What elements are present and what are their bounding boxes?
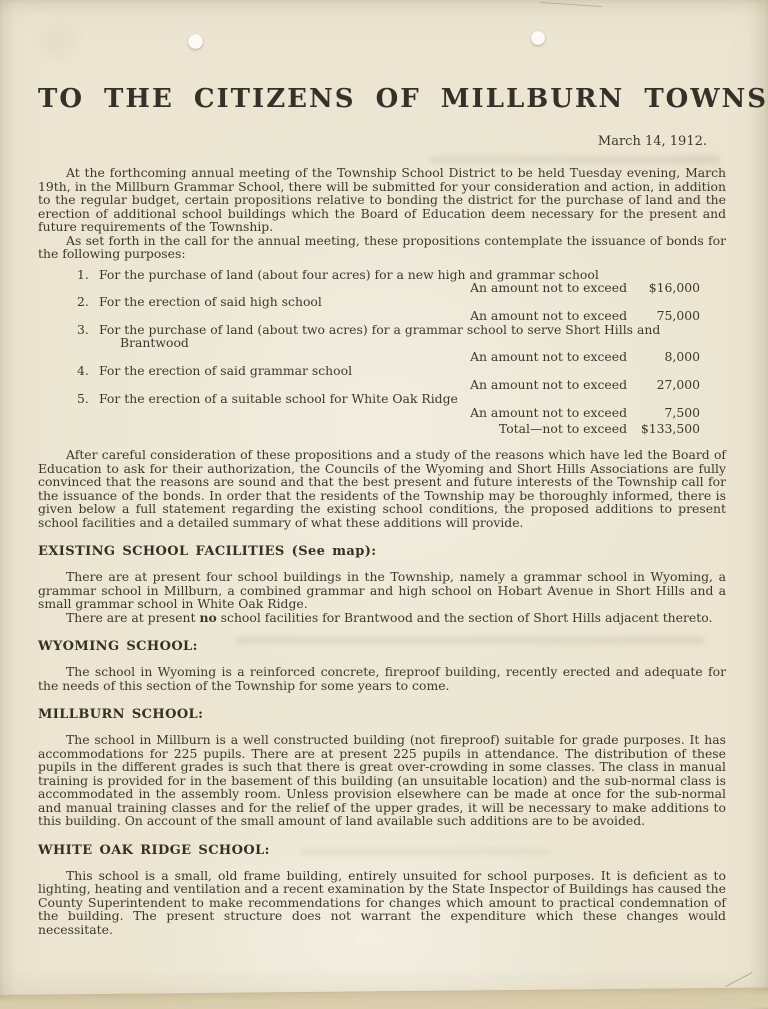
document-date: March 14, 1912. (38, 134, 707, 149)
amount-value: $16,000 (640, 282, 700, 295)
summary-paragraph: After careful consideration of these pro… (38, 448, 726, 529)
intro-paragraph-2: As set forth in the call for the annual … (38, 234, 726, 261)
note-bold-word: no (199, 610, 216, 625)
scanned-document-page: TO THE CITIZENS OF MILLBURN TOWNSHIP. Ma… (0, 0, 768, 1009)
section-heading-wyoming-school: WYOMING SCHOOL: (38, 639, 726, 654)
millburn-school-paragraph: The school in Millburn is a well constru… (38, 733, 726, 828)
bond-item-number: 4. (77, 365, 99, 378)
document-title: TO THE CITIZENS OF MILLBURN TOWNSHIP. (38, 84, 726, 114)
note-text: There are at present (66, 610, 199, 625)
wyoming-school-paragraph: The school in Wyoming is a reinforced co… (38, 665, 726, 692)
bond-item-description: For the erection of said high school (99, 294, 322, 309)
amount-value: 27,000 (640, 379, 700, 392)
existing-facilities-note: There are at present no school facilitie… (38, 611, 726, 625)
paper-scratch (726, 972, 753, 987)
total-value: $133,500 (640, 423, 700, 436)
bond-item-description: For the erection of said grammar school (99, 363, 352, 378)
amount-label: An amount not to exceed (470, 351, 627, 364)
bond-item-number: 5. (77, 393, 99, 406)
bond-item-number: 2. (77, 296, 99, 309)
bond-item-number: 3. (77, 324, 99, 337)
note-text: school facilities for Brantwood and the … (217, 610, 713, 625)
bond-total-row: Total—not to exceed $133,500 (38, 423, 726, 436)
paper-bottom-edge (0, 988, 768, 1009)
bond-item-4: 4.For the erection of said grammar schoo… (38, 365, 726, 392)
total-label: Total—not to exceed (499, 423, 627, 436)
section-heading-white-oak-ridge-school: WHITE OAK RIDGE SCHOOL: (38, 843, 726, 858)
amount-label: An amount not to exceed (470, 379, 627, 392)
amount-value: 7,500 (640, 407, 700, 420)
bond-item-3: 3.For the purchase of land (about two ac… (38, 324, 726, 364)
bond-item-description: For the erection of a suitable school fo… (99, 391, 458, 406)
amount-value: 8,000 (640, 351, 700, 364)
bond-item-1: 1.For the purchase of land (about four a… (38, 269, 726, 296)
bond-item-number: 1. (77, 269, 99, 282)
document-content: TO THE CITIZENS OF MILLBURN TOWNSHIP. Ma… (38, 0, 726, 936)
bond-item-2: 2.For the erection of said high school A… (38, 296, 726, 323)
intro-paragraph-1: At the forthcoming annual meeting of the… (38, 166, 726, 234)
amount-label: An amount not to exceed (470, 407, 627, 420)
white-oak-ridge-school-paragraph: This school is a small, old frame buildi… (38, 869, 726, 937)
bond-item-description: For the purchase of land (about four acr… (99, 267, 599, 282)
bond-proposition-list: 1.For the purchase of land (about four a… (38, 269, 726, 437)
amount-label: An amount not to exceed (470, 282, 627, 295)
section-heading-existing-facilities: EXISTING SCHOOL FACILITIES (See map): (38, 544, 726, 559)
existing-facilities-paragraph: There are at present four school buildin… (38, 570, 726, 611)
bond-item-5: 5.For the erection of a suitable school … (38, 393, 726, 420)
section-heading-millburn-school: MILLBURN SCHOOL: (38, 707, 726, 722)
bond-item-description: For the purchase of land (about two acre… (99, 322, 660, 350)
